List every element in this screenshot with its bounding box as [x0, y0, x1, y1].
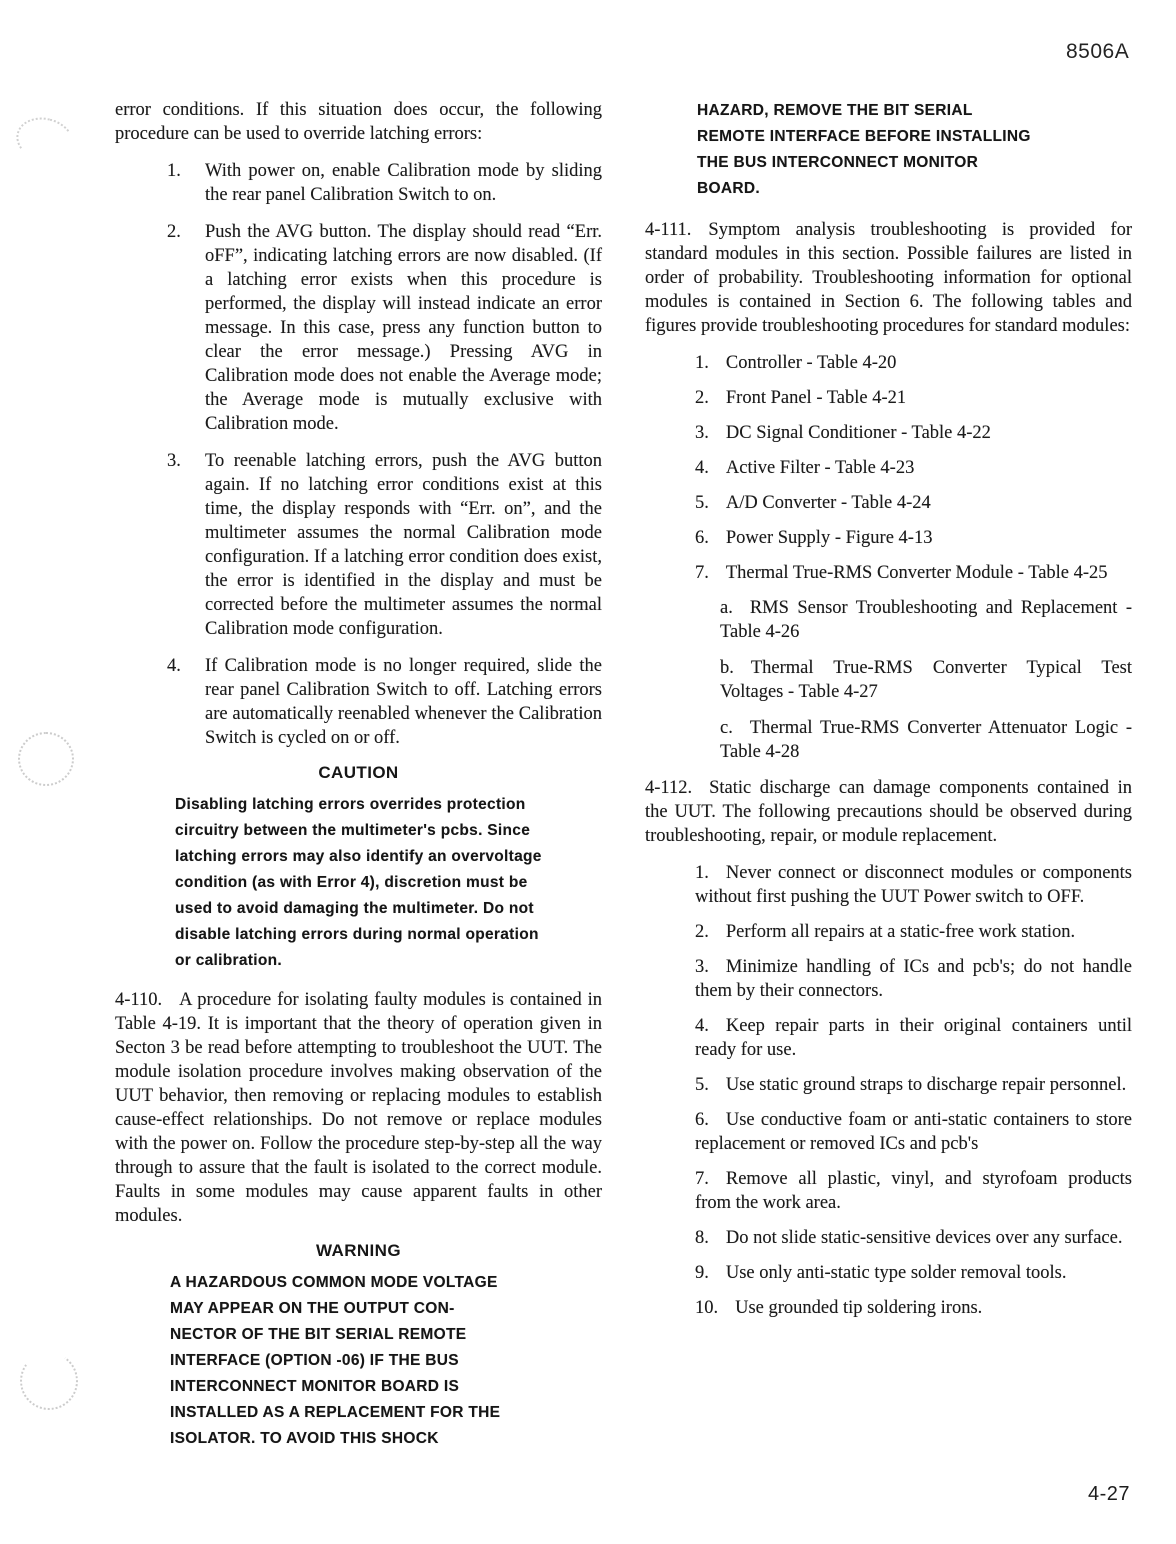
- list-number: 2.: [695, 922, 709, 942]
- list-number: 6.: [695, 1110, 709, 1130]
- list-text: RMS Sensor Troubleshooting and Replaceme…: [720, 598, 1132, 642]
- warning-continued-body: HAZARD, REMOVE THE BIT SERIAL REMOTE INT…: [697, 98, 1107, 202]
- list-number: 4.: [695, 458, 709, 478]
- module-list-item-3: 3.DC Signal Conditioner - Table 4-22: [695, 421, 1132, 445]
- precaution-item-7: 7.Remove all plastic, vinyl, and styrofo…: [695, 1167, 1132, 1215]
- list-number: 7.: [695, 563, 709, 583]
- list-text: Controller - Table 4-20: [726, 353, 896, 373]
- page-number: 4-27: [1088, 1483, 1130, 1506]
- list-text: Use only anti-static type solder removal…: [726, 1263, 1067, 1283]
- module-list-item-1: 1.Controller - Table 4-20: [695, 351, 1132, 375]
- punch-hole-artifact: [18, 732, 74, 786]
- list-number: 6.: [695, 528, 709, 548]
- list-text: Keep repair parts in their original cont…: [695, 1016, 1132, 1060]
- caution-body: Disabling latching errors overrides prot…: [175, 792, 572, 974]
- list-text: Active Filter - Table 4-23: [726, 458, 914, 478]
- list-text: A/D Converter - Table 4-24: [726, 493, 931, 513]
- list-number: 4.: [695, 1016, 709, 1036]
- precaution-item-8: 8.Do not slide static-sensitive devices …: [695, 1226, 1132, 1250]
- list-number: 8.: [695, 1228, 709, 1248]
- left-column: error conditions. If this situation does…: [115, 98, 602, 1452]
- punch-hole-artifact: [12, 112, 79, 169]
- sub-item-b: b.Thermal True-RMS Converter Typical Tes…: [720, 656, 1132, 704]
- step-text: With power on, enable Calibration mode b…: [205, 159, 602, 207]
- list-text: Use static ground straps to discharge re…: [726, 1075, 1126, 1095]
- step-text: To reenable latching errors, push the AV…: [205, 449, 602, 641]
- intro-paragraph: error conditions. If this situation does…: [115, 98, 602, 146]
- precaution-item-1: 1.Never connect or disconnect modules or…: [695, 861, 1132, 909]
- module-list-item-7: 7.Thermal True-RMS Converter Module - Ta…: [695, 561, 1132, 585]
- module-list-item-5: 5.A/D Converter - Table 4-24: [695, 491, 1132, 515]
- precaution-item-4: 4.Keep repair parts in their original co…: [695, 1014, 1132, 1062]
- precaution-item-2: 2.Perform all repairs at a static-free w…: [695, 920, 1132, 944]
- paragraph-text: Symptom analysis troubleshooting is prov…: [645, 220, 1132, 336]
- paragraph-4-111: 4-111.Symptom analysis troubleshooting i…: [645, 218, 1132, 338]
- list-number: 9.: [695, 1263, 709, 1283]
- step-text: Push the AVG button. The display should …: [205, 220, 602, 436]
- list-text: Never connect or disconnect modules or c…: [695, 863, 1132, 907]
- list-number: 3.: [695, 423, 709, 443]
- module-list-item-4: 4.Active Filter - Table 4-23: [695, 456, 1132, 480]
- list-letter: a.: [720, 598, 733, 618]
- list-number: 5.: [695, 1075, 709, 1095]
- step-item-2: 2. Push the AVG button. The display shou…: [115, 220, 602, 436]
- module-list-item-6: 6.Power Supply - Figure 4-13: [695, 526, 1132, 550]
- step-number: 4.: [167, 654, 181, 678]
- caution-block: CAUTION Disabling latching errors overri…: [115, 763, 602, 974]
- precaution-item-9: 9.Use only anti-static type solder remov…: [695, 1261, 1132, 1285]
- list-text: Remove all plastic, vinyl, and styrofoam…: [695, 1169, 1132, 1213]
- module-list-item-2: 2.Front Panel - Table 4-21: [695, 386, 1132, 410]
- precaution-item-3: 3.Minimize handling of ICs and pcb's; do…: [695, 955, 1132, 1003]
- list-text: Thermal True-RMS Converter Typical Test …: [720, 658, 1132, 702]
- sub-item-c: c.Thermal True-RMS Converter Attenuator …: [720, 716, 1132, 764]
- paragraph-number: 4-110.: [115, 990, 162, 1010]
- list-number: 1.: [695, 353, 709, 373]
- list-number: 1.: [695, 863, 709, 883]
- list-text: Use conductive foam or anti-static conta…: [695, 1110, 1132, 1154]
- paragraph-4-112: 4-112.Static discharge can damage compon…: [645, 776, 1132, 848]
- precaution-item-10: 10.Use grounded tip soldering irons.: [695, 1296, 1132, 1320]
- list-text: Perform all repairs at a static-free wor…: [726, 922, 1075, 942]
- step-text: If Calibration mode is no longer require…: [205, 654, 602, 750]
- warning-block: WARNING A HAZARDOUS COMMON MODE VOLTAGE …: [115, 1241, 602, 1452]
- paragraph-4-110: 4-110.A procedure for isolating faulty m…: [115, 988, 602, 1228]
- list-text: Front Panel - Table 4-21: [726, 388, 906, 408]
- caution-heading: CAUTION: [115, 763, 602, 783]
- step-item-3: 3. To reenable latching errors, push the…: [115, 449, 602, 641]
- step-number: 1.: [167, 159, 181, 183]
- precaution-item-6: 6.Use conductive foam or anti-static con…: [695, 1108, 1132, 1156]
- punch-hole-artifact: [15, 1347, 82, 1414]
- paragraph-number: 4-112.: [645, 778, 692, 798]
- warning-body: A HAZARDOUS COMMON MODE VOLTAGE MAY APPE…: [170, 1270, 577, 1452]
- header-model-number: 8506A: [1066, 40, 1129, 64]
- list-text: Minimize handling of ICs and pcb's; do n…: [695, 957, 1132, 1001]
- list-number: 5.: [695, 493, 709, 513]
- list-number: 2.: [695, 388, 709, 408]
- list-text: Thermal True-RMS Converter Attenuator Lo…: [720, 718, 1132, 762]
- step-item-1: 1. With power on, enable Calibration mod…: [115, 159, 602, 207]
- list-text: Do not slide static-sensitive devices ov…: [726, 1228, 1123, 1248]
- step-number: 2.: [167, 220, 181, 244]
- scanned-manual-page: { "page": { "header": "8506A", "footer":…: [0, 0, 1176, 1544]
- list-letter: c.: [720, 718, 733, 738]
- list-text: Use grounded tip soldering irons.: [735, 1298, 982, 1318]
- step-number: 3.: [167, 449, 181, 473]
- precaution-item-5: 5.Use static ground straps to discharge …: [695, 1073, 1132, 1097]
- paragraph-text: Static discharge can damage components c…: [645, 778, 1132, 846]
- list-text: Thermal True-RMS Converter Module - Tabl…: [726, 563, 1108, 583]
- sub-item-a: a.RMS Sensor Troubleshooting and Replace…: [720, 596, 1132, 644]
- paragraph-text: A procedure for isolating faulty modules…: [115, 990, 602, 1226]
- list-number: 3.: [695, 957, 709, 977]
- list-number: 7.: [695, 1169, 709, 1189]
- right-column: HAZARD, REMOVE THE BIT SERIAL REMOTE INT…: [645, 92, 1132, 1331]
- list-text: DC Signal Conditioner - Table 4-22: [726, 423, 991, 443]
- step-item-4: 4. If Calibration mode is no longer requ…: [115, 654, 602, 750]
- warning-heading: WARNING: [115, 1241, 602, 1261]
- list-number: 10.: [695, 1298, 718, 1318]
- paragraph-number: 4-111.: [645, 220, 691, 240]
- list-letter: b.: [720, 658, 734, 678]
- list-text: Power Supply - Figure 4-13: [726, 528, 933, 548]
